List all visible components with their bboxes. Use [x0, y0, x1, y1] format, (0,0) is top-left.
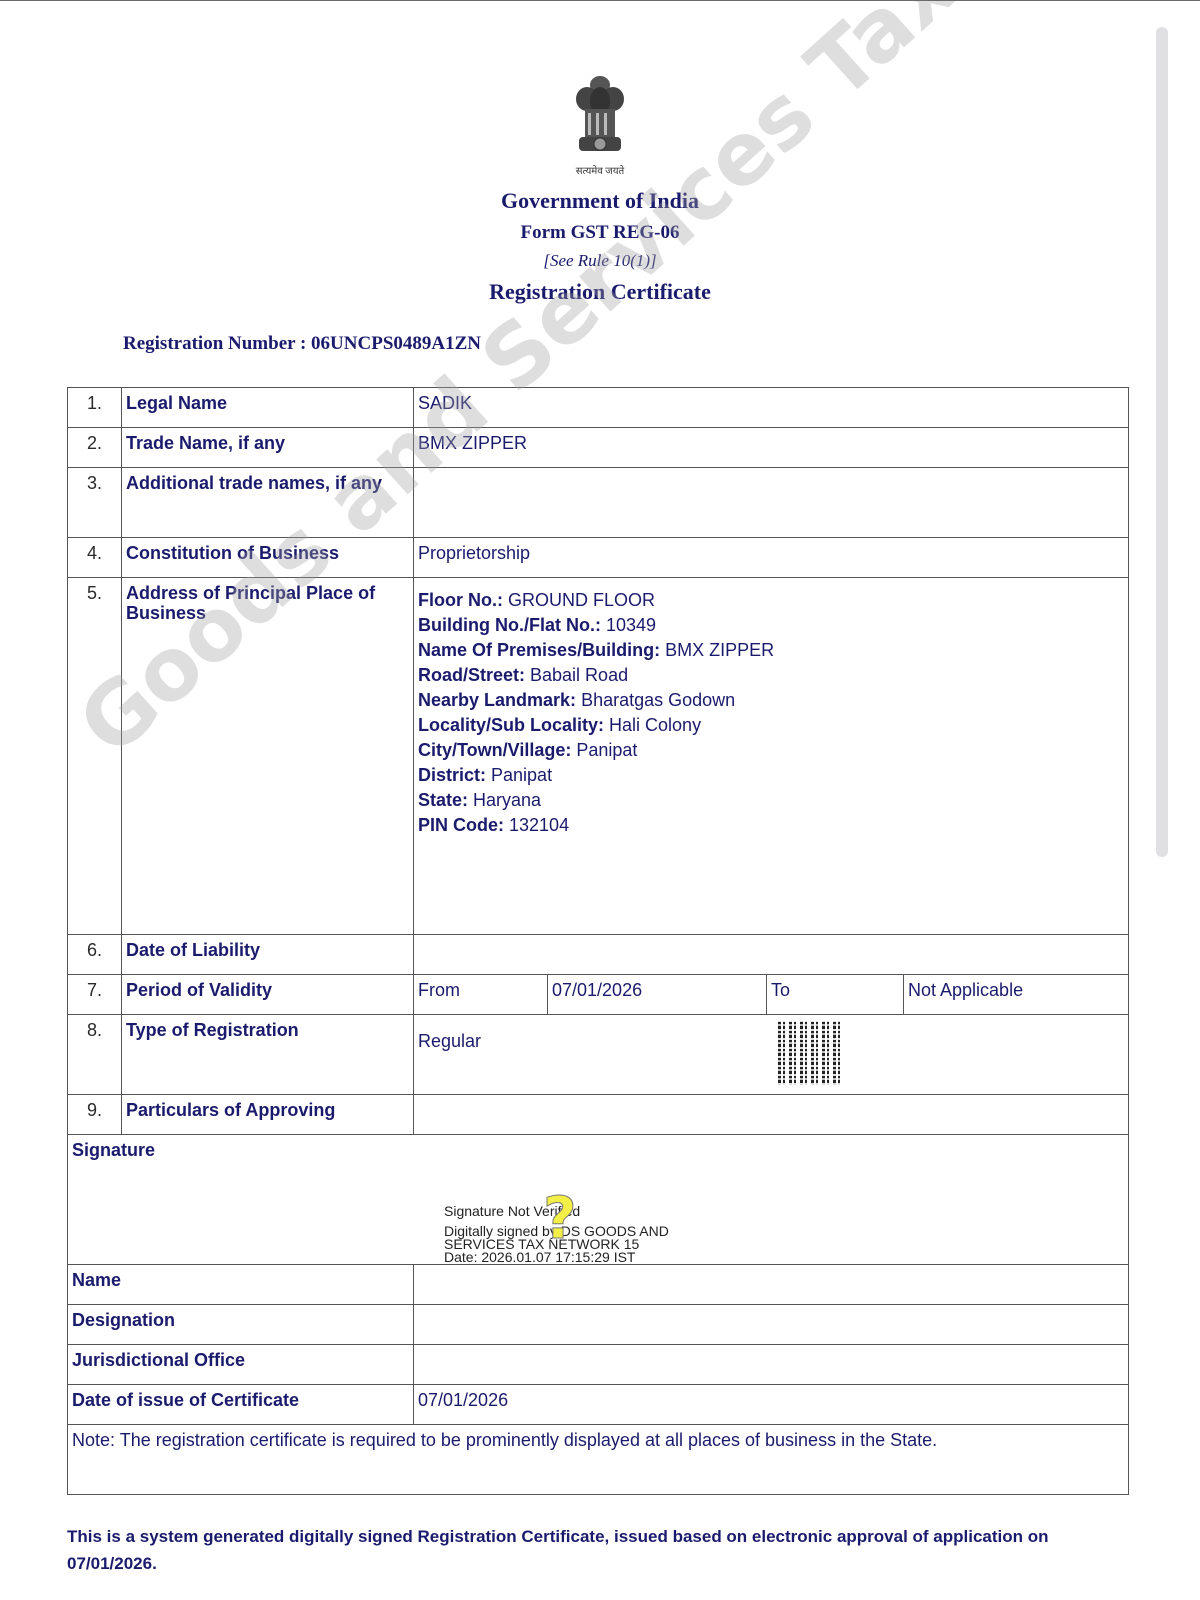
issue-date-label: Date of issue of Certificate — [68, 1385, 414, 1425]
certificate-header: सत्यमेव जयते Government of India Form GS… — [0, 69, 1200, 305]
additional-trade-names-value — [414, 468, 1129, 538]
row-label: Legal Name — [122, 388, 414, 428]
address-field-label: Nearby Landmark: — [418, 690, 576, 710]
row-number: 8. — [68, 1015, 122, 1095]
row-number: 3. — [68, 468, 122, 538]
registration-number-label: Registration Number : — [123, 333, 306, 354]
table-row: 5. Address of Principal Place of Busines… — [68, 578, 1129, 935]
address-field-label: Road/Street: — [418, 665, 525, 685]
address-line: Nearby Landmark: Bharatgas Godown — [418, 688, 1124, 713]
designation-value — [414, 1305, 1129, 1345]
address-line: PIN Code: 132104 — [418, 813, 1124, 838]
approver-name-label: Name — [68, 1265, 414, 1305]
address-field-value: 10349 — [601, 615, 656, 635]
qr-code-icon — [778, 1021, 842, 1085]
row-number: 1. — [68, 388, 122, 428]
emblem-motto: सत्यमेव जयते — [0, 163, 1200, 177]
address-field-label: Building No./Flat No.: — [418, 615, 601, 635]
signature-date: Date: 2026.01.07 17:15:29 IST — [444, 1251, 669, 1264]
question-mark-icon: ? — [543, 1189, 577, 1247]
address-field-value: Panipat — [486, 765, 552, 785]
address-line: Name Of Premises/Building: BMX ZIPPER — [418, 638, 1124, 663]
table-row: 7. Period of Validity From 07/01/2026 To… — [68, 975, 1129, 1015]
government-heading: Government of India — [0, 188, 1200, 214]
table-row: Name — [68, 1265, 1129, 1305]
address-line: Road/Street: Babail Road — [418, 663, 1124, 688]
table-row: Jurisdictional Office — [68, 1345, 1129, 1385]
address-field-value: Hali Colony — [604, 715, 701, 735]
address-field-value: Babail Road — [525, 665, 628, 685]
address-field-value: Haryana — [468, 790, 541, 810]
note-row: Note: The registration certificate is re… — [68, 1425, 1129, 1495]
table-row: 8. Type of Registration Regular — [68, 1015, 1129, 1095]
address-field-label: Floor No.: — [418, 590, 503, 610]
row-label: Additional trade names, if any — [122, 468, 414, 538]
address-line: District: Panipat — [418, 763, 1124, 788]
trade-name-value: BMX ZIPPER — [414, 428, 1129, 468]
address-field-label: PIN Code: — [418, 815, 504, 835]
table-row: 3. Additional trade names, if any — [68, 468, 1129, 538]
row-number: 5. — [68, 578, 122, 935]
approver-name-value — [414, 1265, 1129, 1305]
designation-label: Designation — [68, 1305, 414, 1345]
national-emblem-icon — [567, 69, 633, 161]
table-row: Date of issue of Certificate 07/01/2026 — [68, 1385, 1129, 1425]
legal-name-value: SADIK — [414, 388, 1129, 428]
address-field-value: 132104 — [504, 815, 569, 835]
row-number: 7. — [68, 975, 122, 1015]
approving-value — [414, 1095, 1129, 1135]
address-field-value: Bharatgas Godown — [576, 690, 735, 710]
row-label: Constitution of Business — [122, 538, 414, 578]
table-row: 2. Trade Name, if any BMX ZIPPER — [68, 428, 1129, 468]
constitution-value: Proprietorship — [414, 538, 1129, 578]
address-field-label: District: — [418, 765, 486, 785]
jurisdictional-office-value — [414, 1345, 1129, 1385]
issue-date-value: 07/01/2026 — [414, 1385, 1129, 1425]
address-field-label: Name Of Premises/Building: — [418, 640, 660, 660]
rule-reference: [See Rule 10(1)] — [0, 251, 1200, 271]
display-note: Note: The registration certificate is re… — [68, 1425, 1129, 1495]
table-row: Designation — [68, 1305, 1129, 1345]
table-row: 4. Constitution of Business Proprietorsh… — [68, 538, 1129, 578]
address-value: Floor No.: GROUND FLOORBuilding No./Flat… — [414, 578, 1129, 935]
row-number: 6. — [68, 935, 122, 975]
registration-number-value: 06UNCPS0489A1ZN — [311, 333, 481, 354]
table-row: 1. Legal Name SADIK — [68, 388, 1129, 428]
system-generated-footer: This is a system generated digitally sig… — [67, 1523, 1137, 1577]
address-field-value: Panipat — [571, 740, 637, 760]
row-number: 2. — [68, 428, 122, 468]
address-field-label: State: — [418, 790, 468, 810]
address-field-value: BMX ZIPPER — [660, 640, 774, 660]
row-label: Date of Liability — [122, 935, 414, 975]
validity-from-value: 07/01/2026 — [548, 975, 767, 1015]
validity-to-label: To — [767, 975, 904, 1015]
address-field-label: Locality/Sub Locality: — [418, 715, 604, 735]
form-heading: Form GST REG-06 — [0, 222, 1200, 244]
row-label: Address of Principal Place of Business — [122, 578, 414, 935]
address-line: Building No./Flat No.: 10349 — [418, 613, 1124, 638]
validity-from-label: From — [414, 975, 548, 1015]
row-label: Period of Validity — [122, 975, 414, 1015]
address-line: State: Haryana — [418, 788, 1124, 813]
row-label: Particulars of Approving — [122, 1095, 414, 1135]
address-line: City/Town/Village: Panipat — [418, 738, 1124, 763]
registration-type-value: Regular — [418, 1015, 768, 1085]
registration-type-cell: Regular — [414, 1015, 1129, 1095]
row-label: Type of Registration — [122, 1015, 414, 1095]
certificate-table: 1. Legal Name SADIK 2. Trade Name, if an… — [67, 387, 1129, 1495]
address-field-value: GROUND FLOOR — [503, 590, 655, 610]
row-number: 9. — [68, 1095, 122, 1135]
registration-number: Registration Number : 06UNCPS0489A1ZN — [123, 333, 481, 355]
date-of-liability-value — [414, 935, 1129, 975]
row-number: 4. — [68, 538, 122, 578]
address-line: Floor No.: GROUND FLOOR — [418, 588, 1124, 613]
validity-to-value: Not Applicable — [904, 975, 1129, 1015]
address-line: Locality/Sub Locality: Hali Colony — [418, 713, 1124, 738]
row-label: Trade Name, if any — [122, 428, 414, 468]
address-field-label: City/Town/Village: — [418, 740, 571, 760]
jurisdictional-office-label: Jurisdictional Office — [68, 1345, 414, 1385]
table-row: 6. Date of Liability — [68, 935, 1129, 975]
certificate-title: Registration Certificate — [0, 279, 1200, 305]
table-row: 9. Particulars of Approving — [68, 1095, 1129, 1135]
